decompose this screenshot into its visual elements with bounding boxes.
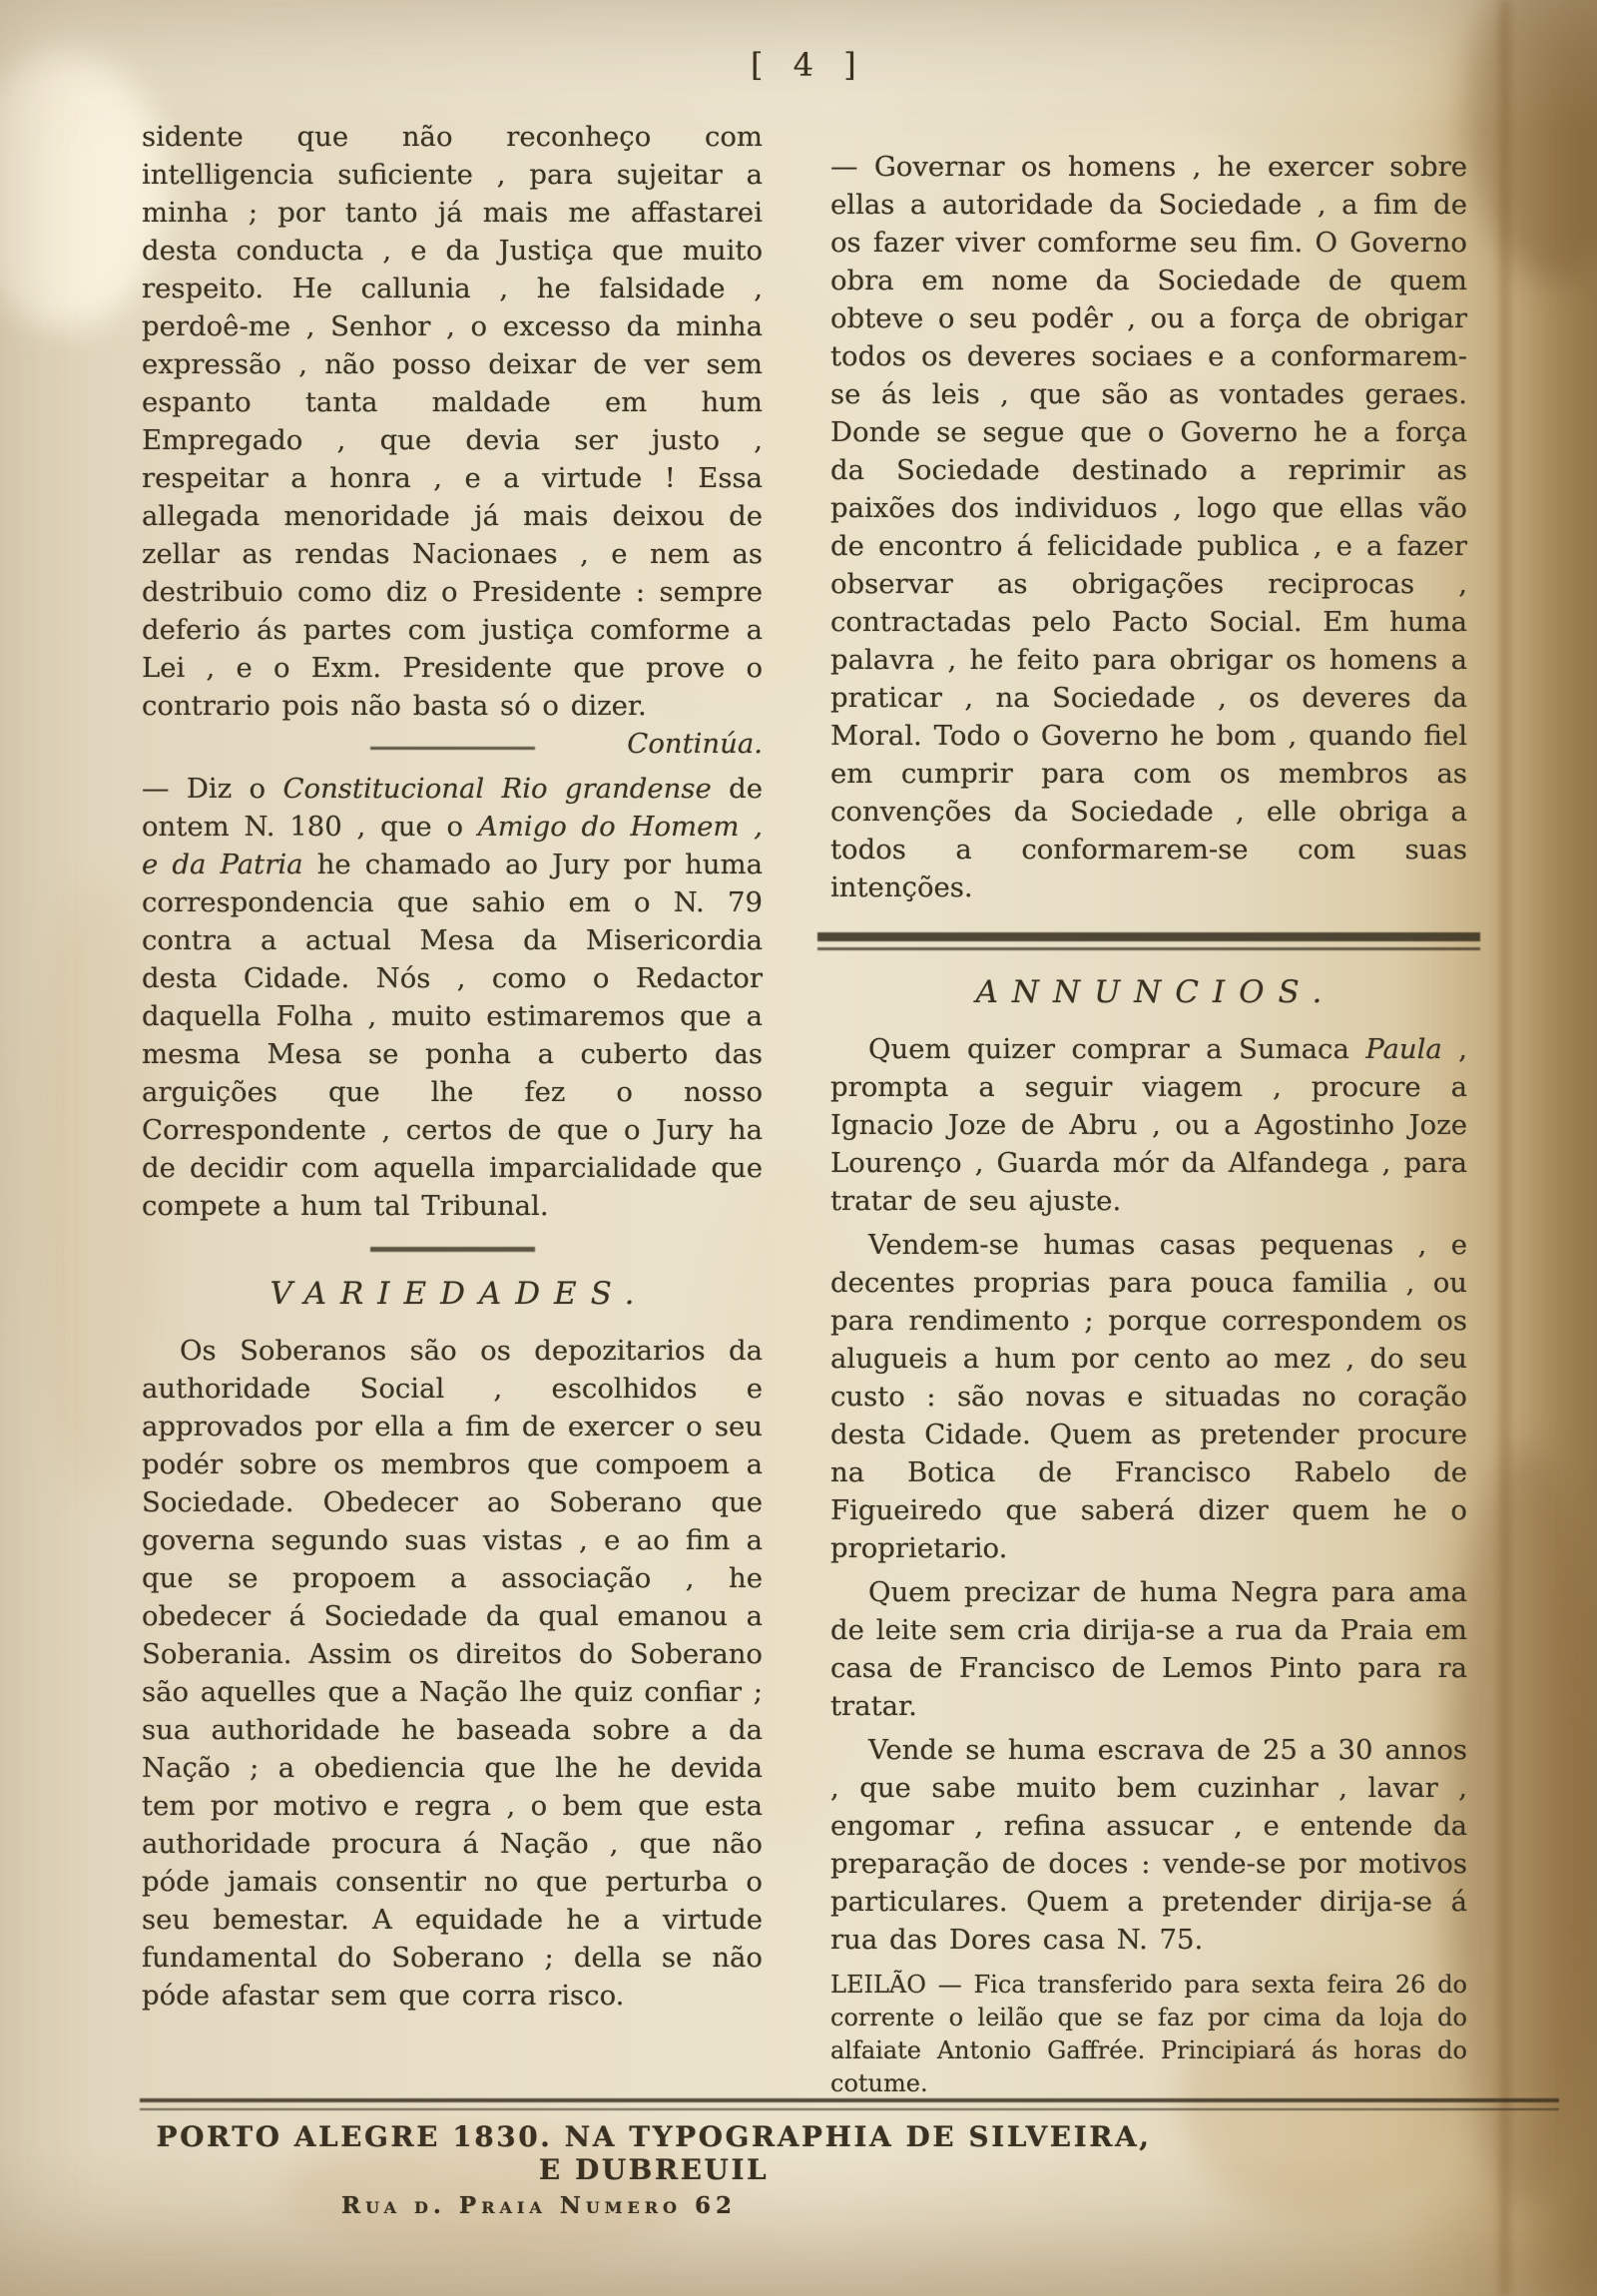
paragraph: Os Soberanos são os depozitarios da auth… — [142, 1332, 763, 2014]
variedades-heading: VARIEDADES. — [142, 1276, 763, 1312]
body-text: Vendem-se humas casas pequenas , e decen… — [830, 1229, 1467, 1564]
section-divider-rule — [817, 932, 1480, 950]
imprint-footer: PORTO ALEGRE 1830. NA TYPOGRAPHIA DE SIL… — [140, 2098, 1559, 2219]
body-text: Os Soberanos são os depozitarios da auth… — [142, 1335, 763, 2011]
imprint-address: Rua d. Praia Numero 62 — [140, 2192, 938, 2219]
paragraph: — Governar os homens , he exercer sobre … — [830, 148, 1467, 906]
left-column: sidente que não reconheço com intelligen… — [142, 118, 763, 2020]
newspaper-page: [ 4 ] sidente que não reconheço com inte… — [0, 0, 1597, 2296]
separator-rule — [370, 747, 535, 750]
body-text: he chamado ao Jury por huma corresponden… — [142, 849, 763, 1222]
italic-text: Constitucional Rio grandense — [282, 773, 711, 805]
imprint-line: PORTO ALEGRE 1830. NA TYPOGRAPHIA DE SIL… — [140, 2120, 1168, 2186]
paragraph: LEILÃO — Fica transferido para sexta fei… — [830, 1969, 1467, 2100]
paper-stain — [1447, 1447, 1597, 2206]
body-text: sidente que não reconheço com intelligen… — [142, 121, 763, 722]
paragraph: sidente que não reconheço com intelligen… — [142, 118, 763, 725]
paragraph: Quem quizer comprar a Sumaca Paula , pro… — [830, 1030, 1467, 1220]
body-text: — Governar os homens , he exercer sobre … — [830, 151, 1467, 903]
footer-rule — [140, 2098, 1559, 2110]
body-text: Quem quizer comprar a Sumaca — [868, 1033, 1365, 1065]
page-edge-shadow — [1495, 0, 1513, 2296]
separator-rule — [370, 1247, 535, 1252]
body-text: Vende se huma escrava de 25 a 30 annos ,… — [830, 1734, 1467, 1956]
paper-stain — [1467, 0, 1597, 280]
paper-stain — [30, 878, 160, 1497]
paragraph: — Diz o Constitucional Rio grandense de … — [142, 770, 763, 1225]
body-text: Quem precizar de huma Negra para ama de … — [830, 1576, 1467, 1722]
annuncios-heading: ANNUNCIOS. — [830, 974, 1467, 1010]
paragraph: Quem precizar de huma Negra para ama de … — [830, 1573, 1467, 1725]
right-column: — Governar os homens , he exercer sobre … — [830, 148, 1467, 2106]
body-text: — Diz o — [142, 773, 282, 805]
paragraph: Vendem-se humas casas pequenas , e decen… — [830, 1226, 1467, 1567]
body-text: LEILÃO — Fica transferido para sexta fei… — [830, 1971, 1467, 2097]
paragraph: Vende se huma escrava de 25 a 30 annos ,… — [830, 1731, 1467, 1959]
italic-text: Paula — [1365, 1033, 1442, 1065]
page-number: [ 4 ] — [751, 46, 866, 84]
continua-marker: Continúa. — [627, 725, 763, 763]
